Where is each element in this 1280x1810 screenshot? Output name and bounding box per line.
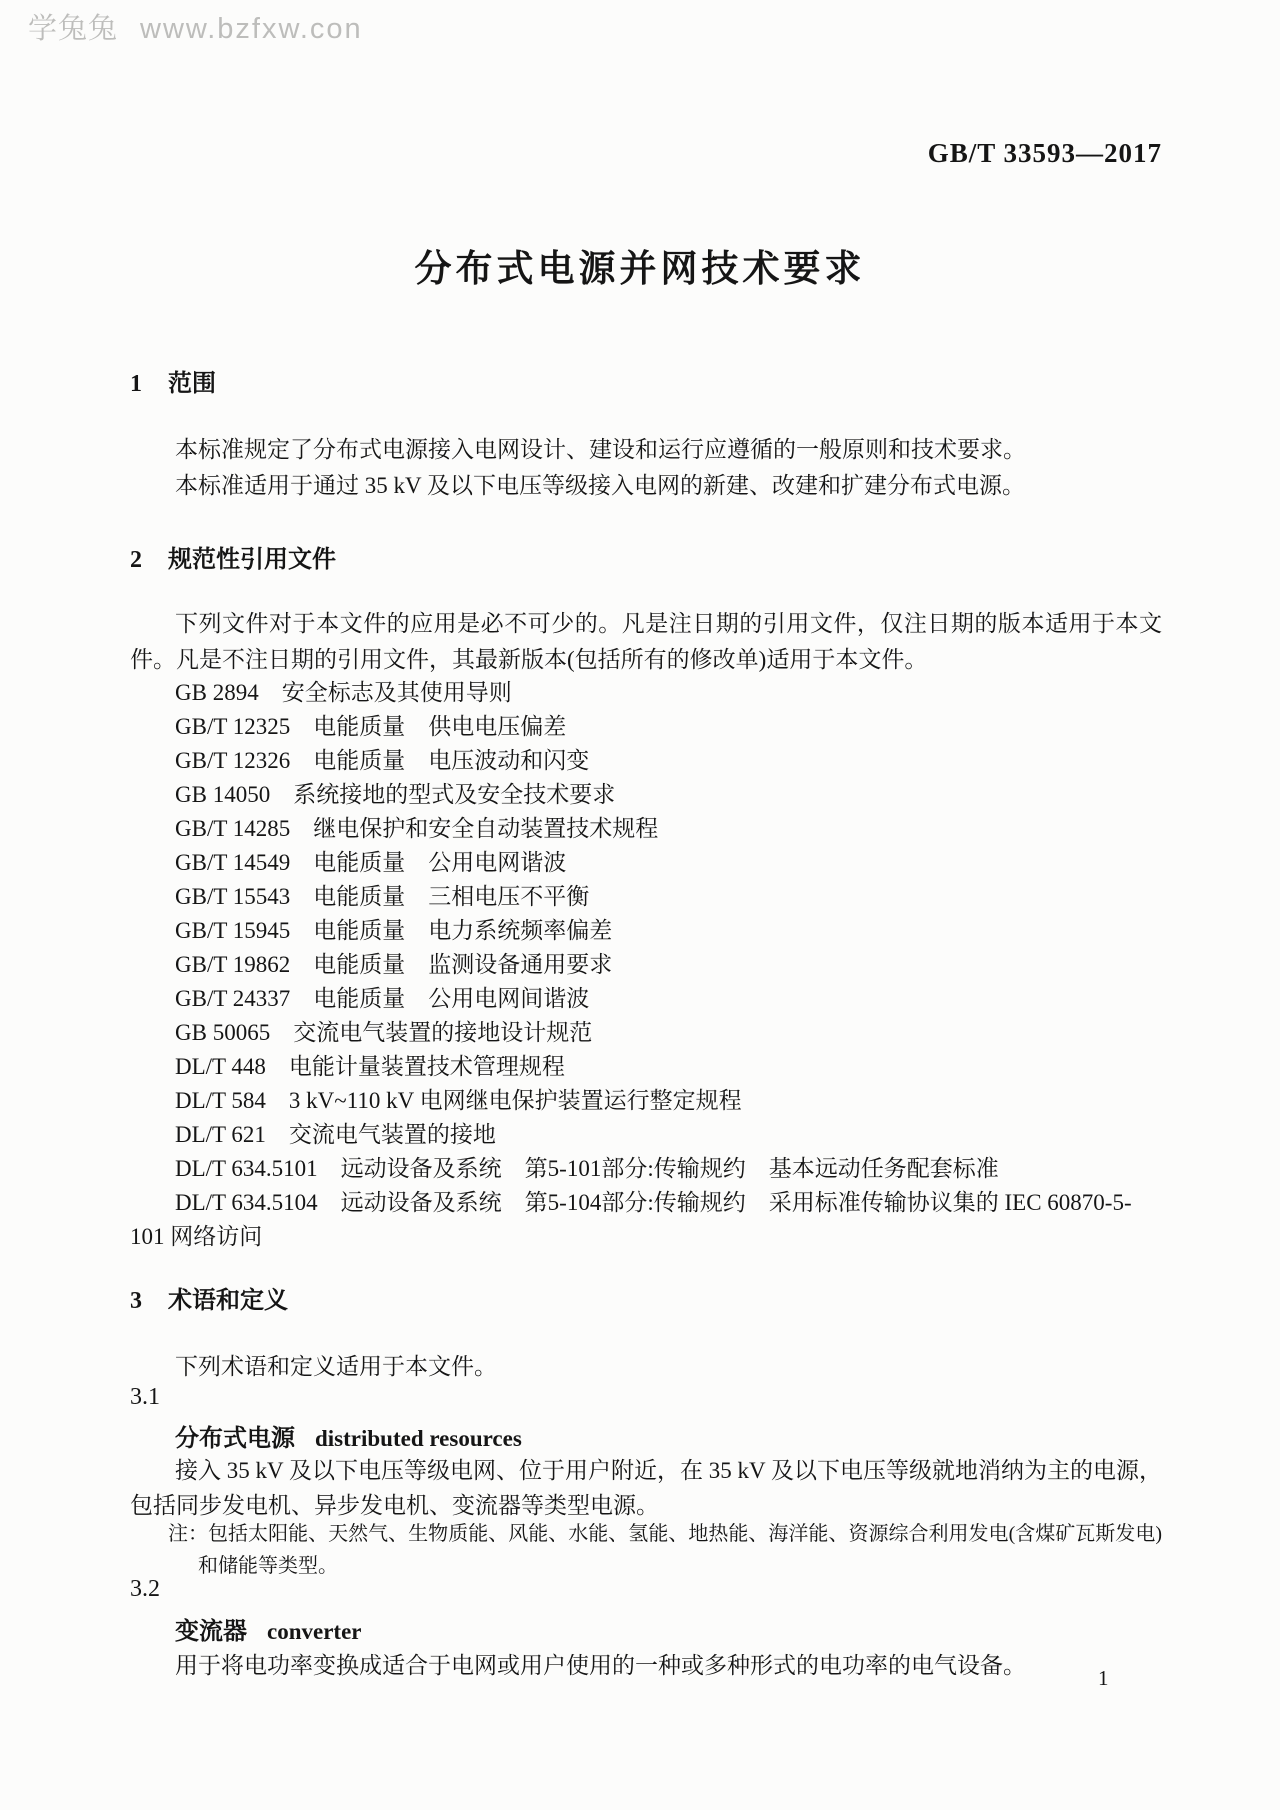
doc-number: GB/T 33593—2017 xyxy=(928,138,1162,169)
reference-item: GB 50065 交流电气装置的接地设计规范 xyxy=(130,1016,1162,1050)
reference-item: GB/T 24337 电能质量 公用电网间谐波 xyxy=(130,982,1162,1016)
reference-item: DL/T 584 3 kV~110 kV 电网继电保护装置运行整定规程 xyxy=(130,1084,1162,1118)
section2-heading: 2规范性引用文件 xyxy=(130,539,1162,574)
section3-heading-label: 术语和定义 xyxy=(168,1287,288,1314)
page-number: 1 xyxy=(1098,1666,1109,1691)
section2-heading-label: 规范性引用文件 xyxy=(168,546,336,573)
paragraph: 本标准规定了分布式电源接入电网设计、建设和运行应遵循的一般原则和技术要求。 xyxy=(130,432,1162,468)
reference-item: GB/T 15945 电能质量 电力系统频率偏差 xyxy=(130,914,1162,948)
reference-item: GB/T 15543 电能质量 三相电压不平衡 xyxy=(130,880,1162,914)
section1-number: 1 xyxy=(130,371,142,398)
term-name-zh: 变流器 xyxy=(175,1618,247,1645)
section3-number: 3 xyxy=(130,1288,142,1315)
section3-heading: 3术语和定义 xyxy=(130,1280,1162,1315)
reference-list: GB 2894 安全标志及其使用导则 GB/T 12325 电能质量 供电电压偏… xyxy=(130,676,1162,1254)
term-name-en: converter xyxy=(267,1619,362,1644)
term-name: 变流器converter xyxy=(130,1611,1162,1646)
term-name: 分布式电源distributed resources xyxy=(130,1418,1162,1453)
term-name-en: distributed resources xyxy=(315,1426,522,1451)
reference-item: DL/T 634.5101 远动设备及系统 第5-101部分:传输规约 基本远动… xyxy=(130,1152,1162,1186)
section2-intro: 下列文件对于本文件的应用是必不可少的。凡是注日期的引用文件，仅注日期的版本适用于… xyxy=(130,606,1162,678)
page-title: 分布式电源并网技术要求 xyxy=(0,238,1280,292)
section1-body: 本标准规定了分布式电源接入电网设计、建设和运行应遵循的一般原则和技术要求。 本标… xyxy=(130,432,1162,504)
section1-heading: 1范围 xyxy=(130,363,1162,398)
section1-heading-label: 范围 xyxy=(168,370,216,397)
term-definition: 用于将电功率变换成适合于电网或用户使用的一种或多种形式的电功率的电气设备。 xyxy=(130,1648,1162,1683)
section2-number: 2 xyxy=(130,547,142,574)
reference-item-continuation: 101 网络访问 xyxy=(130,1220,1162,1254)
reference-item: DL/T 621 交流电气装置的接地 xyxy=(130,1118,1162,1152)
reference-item: DL/T 448 电能计量装置技术管理规程 xyxy=(130,1050,1162,1084)
term-number: 3.2 xyxy=(130,1576,1162,1603)
watermark-site-name: 学兔兔 xyxy=(28,13,118,45)
reference-item: GB/T 14549 电能质量 公用电网谐波 xyxy=(130,846,1162,880)
reference-item: DL/T 634.5104 远动设备及系统 第5-104部分:传输规约 采用标准… xyxy=(130,1186,1162,1220)
reference-item: GB/T 12326 电能质量 电压波动和闪变 xyxy=(130,744,1162,778)
watermark-url: www.bzfxw.con xyxy=(140,13,363,45)
term-number: 3.1 xyxy=(130,1384,1162,1411)
paragraph: 本标准适用于通过 35 kV 及以下电压等级接入电网的新建、改建和扩建分布式电源… xyxy=(130,468,1162,504)
section3-intro-wrap: 下列术语和定义适用于本文件。 xyxy=(130,1349,1162,1385)
reference-item: GB/T 12325 电能质量 供电电压偏差 xyxy=(130,710,1162,744)
term-name-zh: 分布式电源 xyxy=(175,1425,295,1452)
reference-item: GB/T 14285 继电保护和安全自动装置技术规程 xyxy=(130,812,1162,846)
reference-item: GB/T 19862 电能质量 监测设备通用要求 xyxy=(130,948,1162,982)
term-definition: 接入 35 kV 及以下电压等级电网、位于用户附近，在 35 kV 及以下电压等… xyxy=(130,1453,1162,1523)
reference-item: GB 2894 安全标志及其使用导则 xyxy=(130,676,1162,710)
section3-intro: 下列术语和定义适用于本文件。 xyxy=(130,1349,1162,1385)
reference-item: GB 14050 系统接地的型式及安全技术要求 xyxy=(130,778,1162,812)
watermark: 学兔兔www.bzfxw.con xyxy=(28,6,363,47)
term-note: 注：包括太阳能、天然气、生物质能、风能、水能、氢能、地热能、海洋能、资源综合利用… xyxy=(130,1518,1162,1582)
document-page: 学兔兔www.bzfxw.con GB/T 33593—2017 分布式电源并网… xyxy=(0,0,1280,1810)
